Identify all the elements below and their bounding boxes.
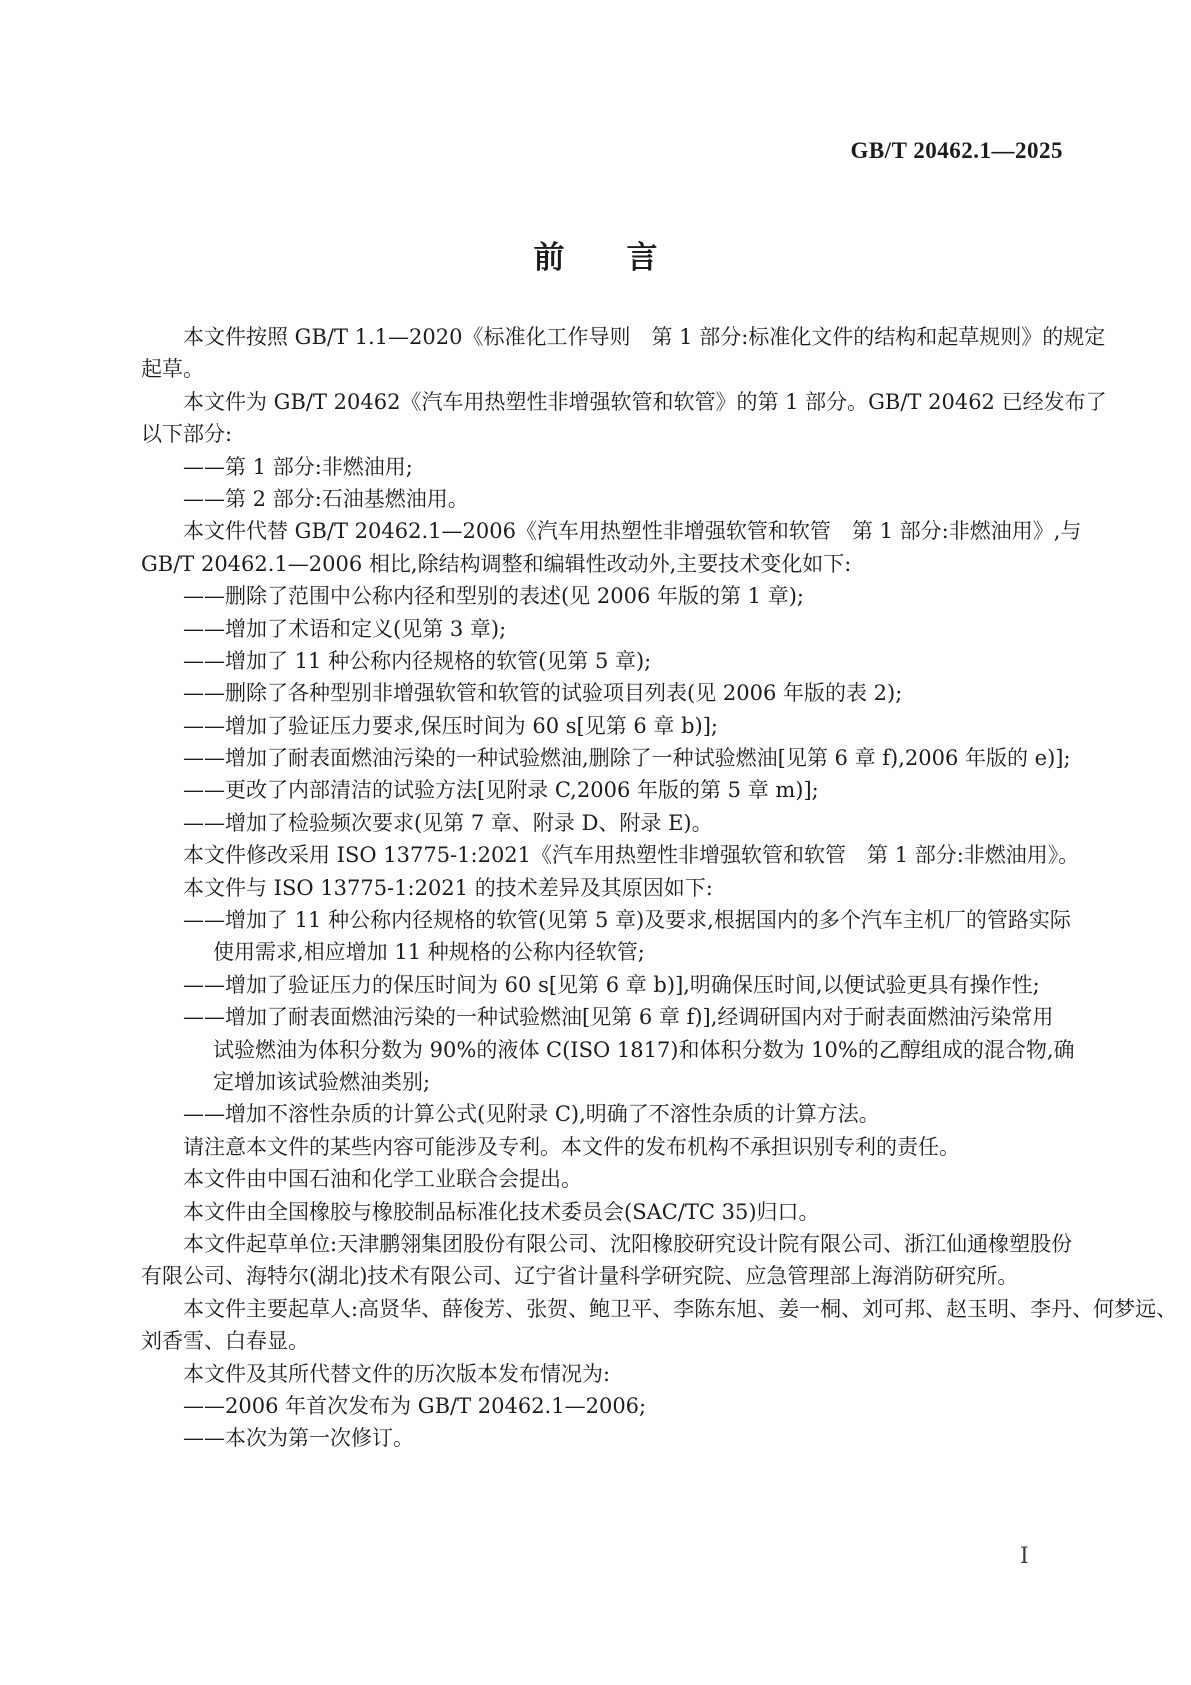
- text-line: ——增加了验证压力要求,保压时间为 60 s[见第 6 章 b)];: [141, 710, 1067, 742]
- text-line: ——更改了内部清洁的试验方法[见附录 C,2006 年版的第 5 章 m)];: [141, 774, 1067, 806]
- text-line: 本文件修改采用 ISO 13775-1:2021《汽车用热塑性非增强软管和软管 …: [141, 839, 1067, 871]
- text-line: 本文件与 ISO 13775-1:2021 的技术差异及其原因如下:: [141, 872, 1067, 904]
- text-line: 刘香雪、白春显。: [141, 1325, 1067, 1357]
- page-title: 前 言: [0, 232, 1191, 277]
- text-line: ——增加了验证压力的保压时间为 60 s[见第 6 章 b)],明确保压时间,以…: [141, 969, 1067, 1001]
- text-line: 本文件代替 GB/T 20462.1—2006《汽车用热塑性非增强软管和软管 第…: [141, 515, 1067, 547]
- text-line: 试验燃油为体积分数为 90%的液体 C(ISO 1817)和体积分数为 10%的…: [141, 1034, 1067, 1066]
- standard-number: GB/T 20462.1—2025: [850, 138, 1063, 164]
- text-line: ——第 2 部分:石油基燃油用。: [141, 483, 1067, 515]
- document-page: GB/T 20462.1—2025 前 言 本文件按照 GB/T 1.1—202…: [0, 0, 1191, 1685]
- text-line: 本文件为 GB/T 20462《汽车用热塑性非增强软管和软管》的第 1 部分。G…: [141, 386, 1067, 418]
- text-line: 本文件由中国石油和化学工业联合会提出。: [141, 1163, 1067, 1195]
- text-line: ——第 1 部分:非燃油用;: [141, 451, 1067, 483]
- text-line: 以下部分:: [141, 418, 1067, 450]
- text-line: ——增加了 11 种公称内径规格的软管(见第 5 章)及要求,根据国内的多个汽车…: [141, 904, 1067, 936]
- page-number: Ⅰ: [1020, 1544, 1029, 1569]
- text-line: 使用需求,相应增加 11 种规格的公称内径软管;: [141, 936, 1067, 968]
- text-line: 本文件按照 GB/T 1.1—2020《标准化工作导则 第 1 部分:标准化文件…: [141, 321, 1067, 353]
- text-line: 本文件由全国橡胶与橡胶制品标准化技术委员会(SAC/TC 35)归口。: [141, 1196, 1067, 1228]
- text-line: GB/T 20462.1—2006 相比,除结构调整和编辑性改动外,主要技术变化…: [141, 548, 1067, 580]
- text-line: 本文件及其所代替文件的历次版本发布情况为:: [141, 1358, 1067, 1390]
- text-line: ——增加了耐表面燃油污染的一种试验燃油[见第 6 章 f)],经调研国内对于耐表…: [141, 1001, 1067, 1033]
- text-line: ——增加了检验频次要求(见第 7 章、附录 D、附录 E)。: [141, 807, 1067, 839]
- foreword-body: 本文件按照 GB/T 1.1—2020《标准化工作导则 第 1 部分:标准化文件…: [141, 321, 1067, 1455]
- text-line: ——2006 年首次发布为 GB/T 20462.1—2006;: [141, 1390, 1067, 1422]
- text-line: ——删除了各种型别非增强软管和软管的试验项目列表(见 2006 年版的表 2);: [141, 677, 1067, 709]
- text-line: ——删除了范围中公称内径和型别的表述(见 2006 年版的第 1 章);: [141, 580, 1067, 612]
- text-line: 定增加该试验燃油类别;: [141, 1066, 1067, 1098]
- text-line: ——增加了 11 种公称内径规格的软管(见第 5 章);: [141, 645, 1067, 677]
- text-line: ——增加不溶性杂质的计算公式(见附录 C),明确了不溶性杂质的计算方法。: [141, 1098, 1067, 1130]
- text-line: ——本次为第一次修订。: [141, 1422, 1067, 1454]
- text-line: ——增加了术语和定义(见第 3 章);: [141, 613, 1067, 645]
- text-line: 本文件起草单位:天津鹏翎集团股份有限公司、沈阳橡胶研究设计院有限公司、浙江仙通橡…: [141, 1228, 1067, 1260]
- text-line: ——增加了耐表面燃油污染的一种试验燃油,删除了一种试验燃油[见第 6 章 f),…: [141, 742, 1067, 774]
- text-line: 有限公司、海特尔(湖北)技术有限公司、辽宁省计量科学研究院、应急管理部上海消防研…: [141, 1260, 1067, 1292]
- text-line: 请注意本文件的某些内容可能涉及专利。本文件的发布机构不承担识别专利的责任。: [141, 1131, 1067, 1163]
- text-line: 本文件主要起草人:高贤华、薛俊芳、张贺、鲍卫平、李陈东旭、姜一桐、刘可邦、赵玉明…: [141, 1293, 1067, 1325]
- text-line: 起草。: [141, 353, 1067, 385]
